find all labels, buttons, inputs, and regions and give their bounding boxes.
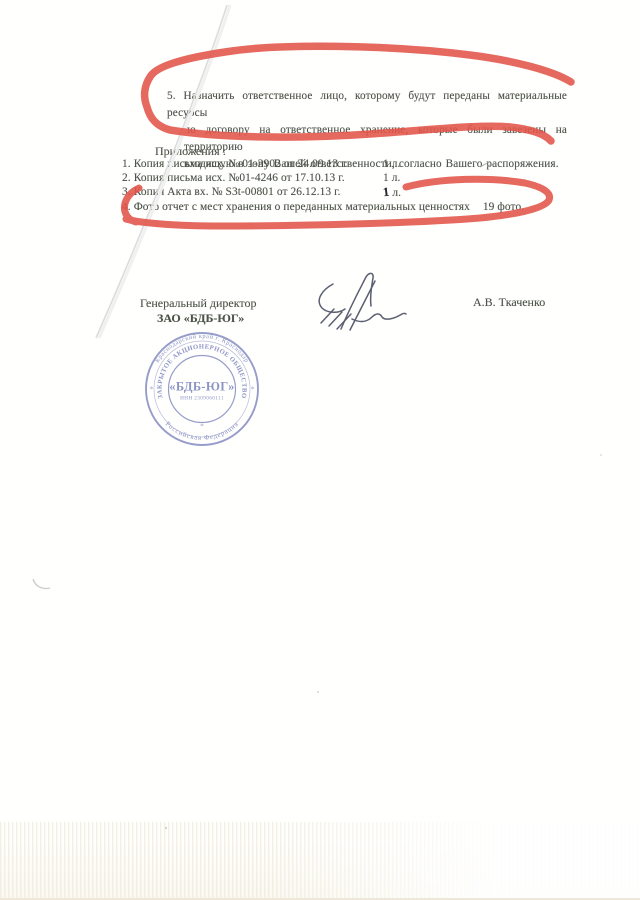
attachment-item-4: 4. Фото отчет с мест хранения о переданн… (122, 200, 582, 214)
signer-role-line2: ЗАО «БДБ-ЮГ» (157, 311, 244, 326)
stamp-separator-right: * (251, 386, 255, 394)
sheet-unit: л. (392, 187, 401, 199)
attachment-item-2-text: 2. Копия письма исх. №01-4246 от 17.10.1… (122, 172, 345, 184)
attachment-item-3: 3. Копия Акта вх. № S3t-00801 от 26.12.1… (122, 185, 582, 199)
stamp-separator-bottom: * (200, 423, 204, 431)
scan-texture-fade (0, 822, 640, 900)
attachment-item-1-count: 1 л. (383, 157, 400, 171)
signer-role-line1: Генеральный директор (140, 296, 257, 311)
stamp-company-name: «БДБ-ЮГ» (169, 380, 234, 394)
attachment-item-3-count: 1 л. (383, 185, 401, 200)
signer-name: А.В. Ткаченко (473, 295, 545, 310)
stamp-inn-number: ИНН 2309060111 (180, 396, 224, 402)
attachment-item-2-count: 1 л. (383, 171, 400, 185)
attachment-item-4-text: 4. Фото отчет с мест хранения о переданн… (122, 201, 470, 213)
smudge-mark (33, 579, 50, 589)
paragraph-5-line-1: 5. Назначить ответственное лицо, котором… (167, 88, 567, 122)
attachment-item-2: 2. Копия письма исх. №01-4246 от 17.10.1… (122, 171, 582, 185)
attachment-item-4-count: 19 фото. (483, 201, 524, 213)
attachment-item-1-text: 1. Копия письма исх. № 01-3902 от 24.09.… (122, 158, 348, 170)
attachments-list: 1. Копия письма исх. № 01-3902 от 24.09.… (122, 157, 582, 214)
attachment-item-3-text: 3. Копия Акта вх. № S3t-00801 от 26.12.1… (122, 186, 341, 198)
stamp-separator-left: * (150, 386, 154, 394)
company-stamp: Краснодарский край г. Краснодар Российск… (142, 329, 262, 449)
attachment-item-1: 1. Копия письма исх. № 01-3902 от 24.09.… (122, 157, 582, 171)
paragraph-5-line-2: по договору на ответственное хранение, к… (167, 122, 567, 156)
signature (319, 273, 406, 330)
scanned-document-page: 5. Назначить ответственное лицо, котором… (0, 0, 640, 900)
handwritten-sheet-number: 1 (382, 185, 390, 200)
dust-specks (165, 454, 602, 829)
